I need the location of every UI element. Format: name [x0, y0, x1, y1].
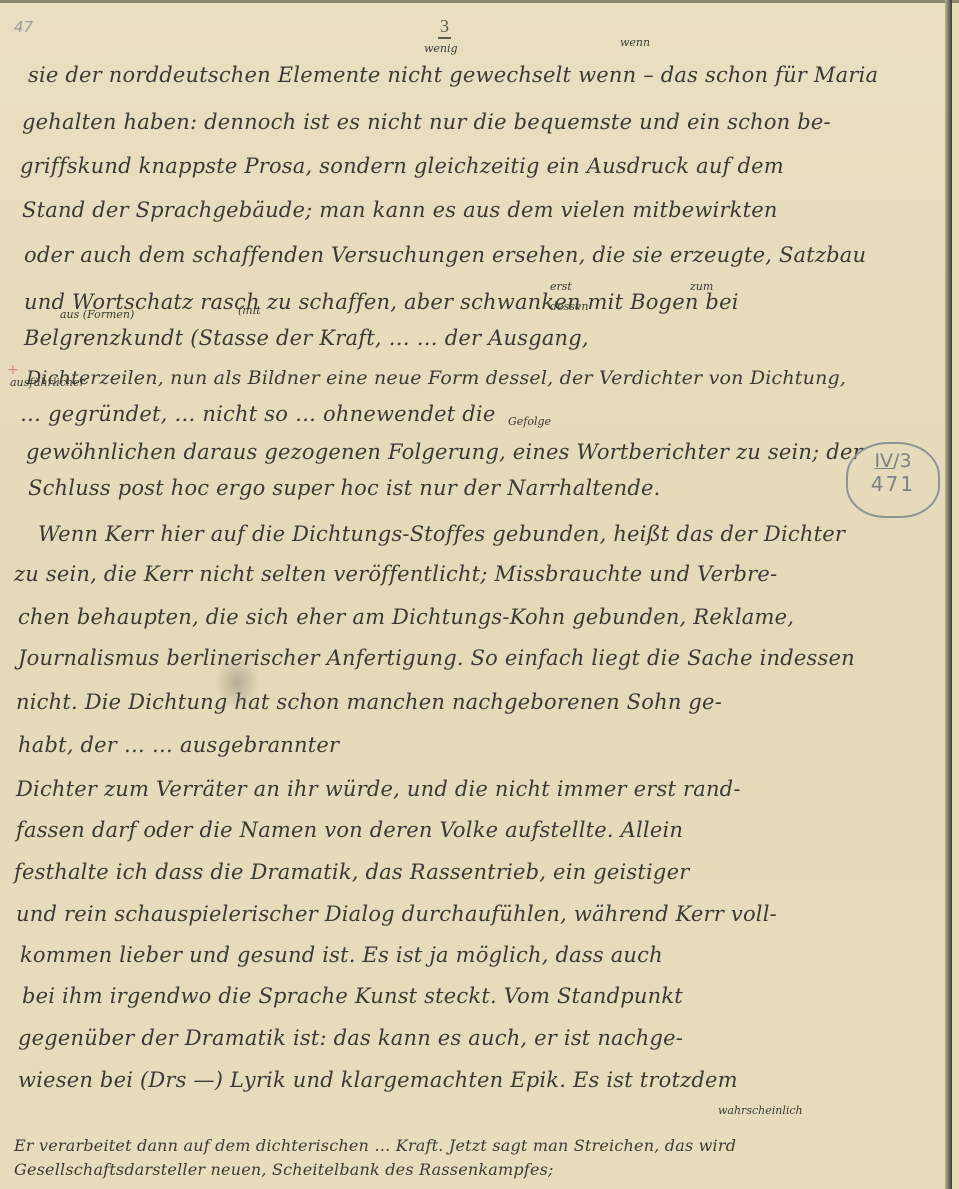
manuscript-line: Gesellschaftsdarsteller neuen, Scheitelb…: [14, 1160, 554, 1179]
manuscript-line: Stand der Sprachgebäude; man kann es aus…: [22, 198, 778, 222]
insertion-text: wahrscheinlich: [718, 1104, 803, 1117]
manuscript-line: Wenn Kerr hier auf die Dichtungs-Stoffes…: [38, 522, 845, 546]
manuscript-line: Journalismus berlinerischer Anfertigung.…: [18, 646, 855, 670]
manuscript-line: wiesen bei (Drs —) Lyrik und klargemacht…: [18, 1068, 738, 1092]
manuscript-line: gehalten haben: dennoch ist es nicht nur…: [22, 110, 831, 134]
manuscript-line: Schluss post hoc ergo super hoc ist nur …: [28, 476, 660, 500]
manuscript-line: chen behaupten, die sich eher am Dichtun…: [18, 605, 794, 629]
manuscript-line: Er verarbeitet dann auf dem dichterische…: [14, 1136, 736, 1155]
manuscript-line: und rein schauspielerischer Dialog durch…: [16, 902, 777, 926]
manuscript-line: Dichter zum Verräter an ihr würde, und d…: [16, 777, 741, 801]
page-top-edge: [0, 0, 959, 3]
manuscript-line: griffskund knappste Prosa, sondern gleic…: [20, 154, 784, 178]
manuscript-line: gegenüber der Dramatik ist: das kann es …: [18, 1026, 683, 1050]
ink-smudge: [215, 655, 260, 710]
stamp-top: IV/3: [848, 450, 938, 472]
manuscript-line: fassen darf oder die Namen von deren Vol…: [16, 818, 683, 842]
manuscript-line: kommen lieber und gesund ist. Es ist ja …: [20, 943, 663, 967]
manuscript-line: festhalte ich dass die Dramatik, das Ras…: [14, 860, 689, 884]
manuscript-line: und Wortschatz rasch zu schaffen, aber s…: [24, 290, 739, 314]
insertion-text: Gefolge: [508, 415, 551, 428]
manuscript-line: zu sein, die Kerr nicht selten veröffent…: [14, 562, 777, 586]
manuscript-line: oder auch dem schaffenden Versuchungen e…: [24, 243, 866, 267]
manuscript-line: sie der norddeutschen Elemente nicht gew…: [28, 63, 878, 87]
manuscript-line: habt, der … … ausgebrannter: [18, 733, 339, 757]
page-right-edge: [945, 0, 952, 1189]
manuscript-line: Dichterzeilen, nun als Bildner eine neue…: [26, 367, 846, 389]
page-number: 3: [438, 16, 451, 39]
archive-number: 47: [14, 18, 33, 36]
manuscript-line: nicht. Die Dichtung hat schon manchen na…: [16, 690, 722, 714]
insertion-text: wenig: [424, 42, 458, 55]
manuscript-line: bei ihm irgendwo die Sprache Kunst steck…: [22, 984, 683, 1008]
stamp-bottom: 471: [848, 472, 938, 496]
manuscript-line: Belgrenzkundt (Stasse der Kraft, … … der…: [24, 326, 589, 350]
archive-stamp: IV/3 471: [846, 442, 940, 518]
manuscript-page: 47 3 wenig wenn erst zum aus (Formen) (m…: [0, 0, 952, 1189]
insertion-text: wenn: [620, 36, 650, 49]
red-margin-mark: +: [7, 362, 15, 374]
manuscript-line: … gegründet, … nicht so … ohnewendet die: [20, 402, 495, 426]
manuscript-line: gewöhnlichen daraus gezogenen Folgerung,…: [26, 440, 863, 464]
